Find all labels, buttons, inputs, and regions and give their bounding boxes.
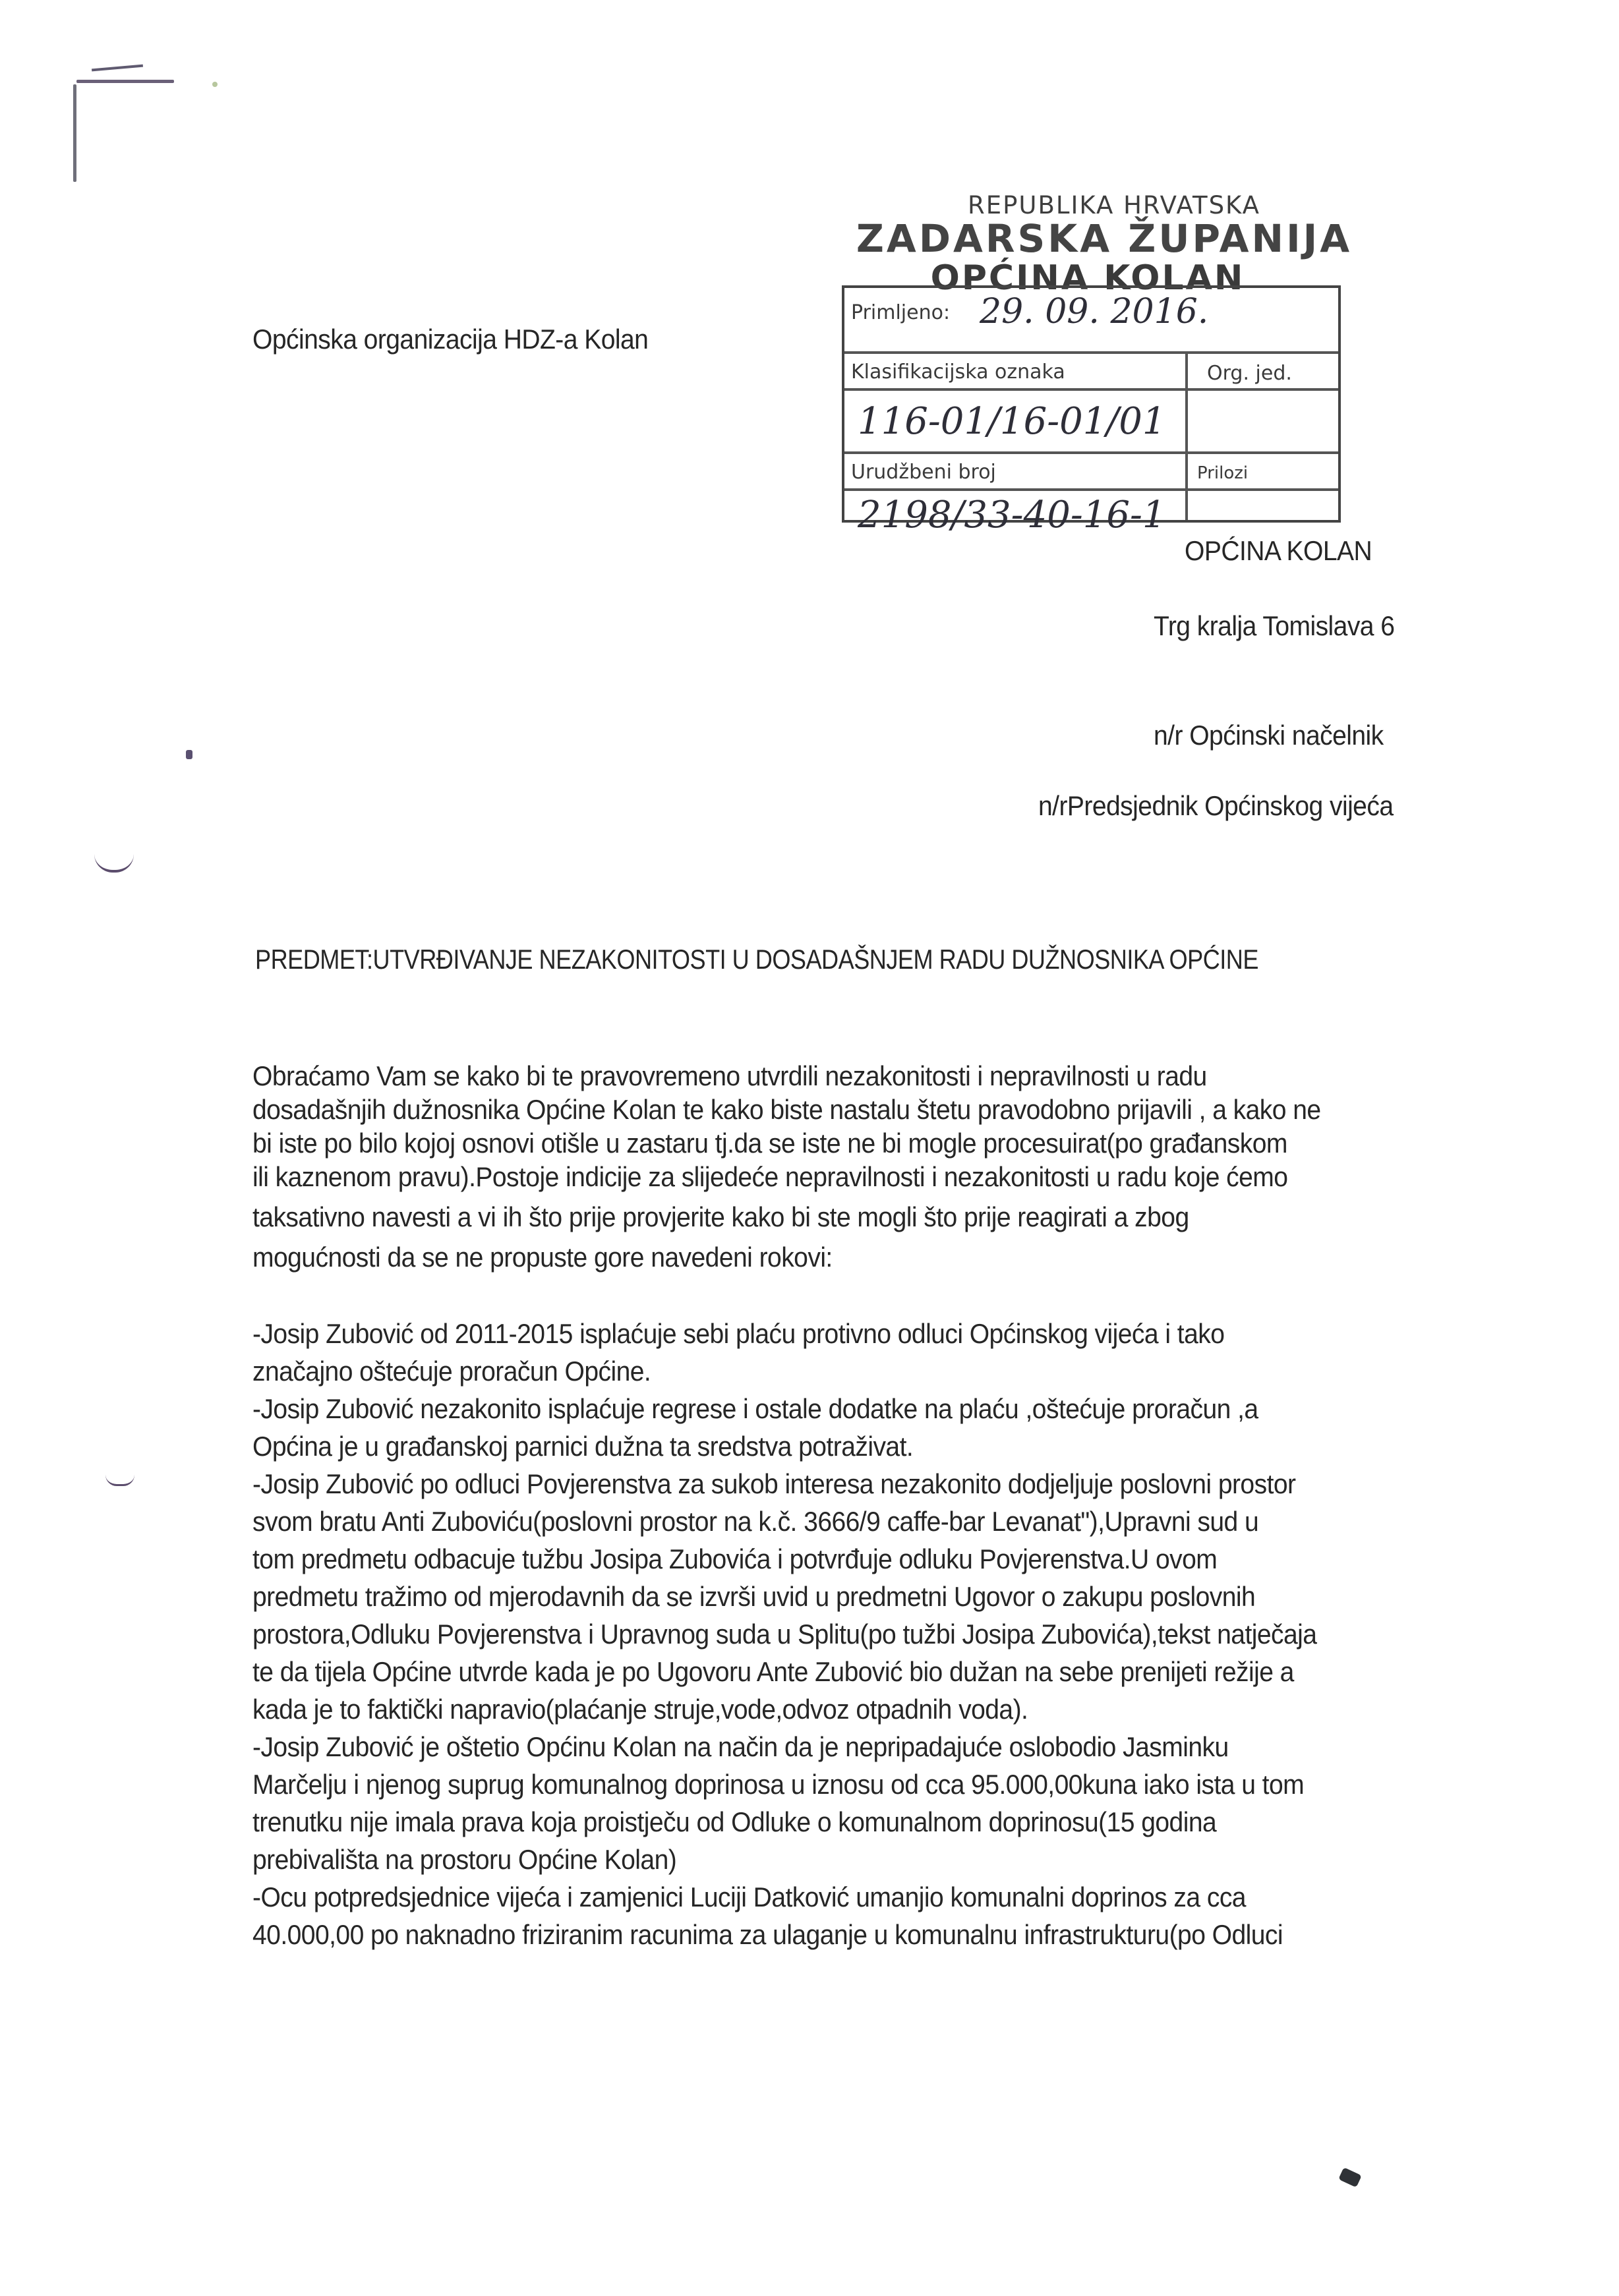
list-item-line: 40.000,00 po naknadno friziranim racunim…: [252, 1919, 1283, 1951]
intro-line: ili kaznenom pravu).Postoje indicije za …: [252, 1161, 1287, 1193]
list-item-line: značajno oštećuje proračun Općine.: [252, 1356, 651, 1387]
recipient-address: Trg kralja Tomislava 6: [1154, 610, 1394, 642]
intro-line: mogućnosti da se ne propuste gore navede…: [252, 1242, 833, 1273]
list-item-line: trenutku nije imala prava koja proistječ…: [252, 1806, 1216, 1838]
list-item-line: prostora,Odluku Povjerenstva i Upravnog …: [252, 1619, 1316, 1650]
scan-mark: [105, 1475, 134, 1486]
list-item-line: -Ocu potpredsjednice vijeća i zamjenici …: [252, 1881, 1246, 1913]
list-item-line: prebivališta na prostoru Općine Kolan): [252, 1844, 676, 1876]
list-item-line: Marčelju i njenog suprug komunalnog dopr…: [252, 1769, 1304, 1800]
recipient-attention-mayor: n/r Općinski načelnik: [1154, 720, 1384, 751]
list-item-line: tom predmetu odbacuje tužbu Josipa Zubov…: [252, 1543, 1217, 1575]
stamp-class-label: Klasifikacijska oznaka: [851, 360, 1065, 384]
stamp-received-label: Primljeno:: [851, 301, 950, 324]
subject-line: PREDMET:UTVRĐIVANJE NEZAKONITOSTI U DOSA…: [255, 944, 1258, 975]
scan-mark: [94, 854, 134, 873]
stamp-class-value: 116-01/16-01/01: [858, 400, 1166, 443]
ink-dot: [1338, 2167, 1362, 2188]
list-item-line: -Josip Zubović po odluci Povjerenstva za…: [252, 1468, 1295, 1500]
sender-name: Općinska organizacija HDZ-a Kolan: [252, 324, 648, 355]
scan-speck: [212, 82, 218, 87]
intro-line: Obraćamo Vam se kako bi te pravovremeno …: [252, 1060, 1207, 1092]
stamp-reg-label-row: Urudžbeni broj Prilozi: [844, 454, 1338, 491]
scan-mark: [92, 65, 143, 72]
stamp-org-label: Org. jed.: [1207, 362, 1292, 385]
stamp-county: ZADARSKA ŽUPANIJA: [840, 216, 1368, 261]
stamp-received-row: Primljeno: 29. 09. 2016.: [844, 288, 1338, 354]
intro-line: bi iste po bilo kojoj osnovi otišle u za…: [252, 1128, 1287, 1159]
stamp-republic: REPUBLIKA HRVATSKA: [916, 191, 1312, 219]
intro-line: dosadašnjih dužnosnika Općine Kolan te k…: [252, 1094, 1321, 1126]
list-item-line: -Josip Zubović je oštetio Općinu Kolan n…: [252, 1731, 1229, 1763]
recipient-attention-council-president: n/rPredsjednik Općinskog vijeća: [1038, 790, 1393, 822]
scan-mark: [76, 80, 174, 83]
stamp-class-value-row: 116-01/16-01/01: [844, 391, 1338, 454]
stamp-attach-label: Prilozi: [1197, 463, 1248, 483]
stamp-column-divider: [1185, 354, 1188, 520]
list-item-line: kada je to faktički napravio(plaćanje st…: [252, 1694, 1028, 1725]
list-item-line: -Josip Zubović nezakonito isplaćuje regr…: [252, 1393, 1258, 1425]
stamp-reg-label: Urudžbeni broj: [851, 461, 996, 484]
stamp-reg-value: 2198/33-40-16-1: [858, 494, 1166, 536]
list-item-line: -Josip Zubović od 2011-2015 isplaćuje se…: [252, 1318, 1224, 1350]
intro-line: taksativno navesti a vi ih što prije pro…: [252, 1201, 1189, 1233]
list-item-line: Općina je u građanskoj parnici dužna ta …: [252, 1431, 913, 1462]
reception-stamp: Primljeno: 29. 09. 2016. Klasifikacijska…: [842, 285, 1341, 523]
list-item-line: te da tijela Općine utvrde kada je po Ug…: [252, 1656, 1294, 1688]
list-item-line: predmetu tražimo od mjerodavnih da se iz…: [252, 1581, 1255, 1613]
scan-mark: [73, 84, 76, 182]
recipient-name: OPĆINA KOLAN: [1185, 535, 1372, 567]
list-item-line: svom bratu Anti Zuboviću(poslovni prosto…: [252, 1506, 1258, 1537]
scan-speck: [186, 750, 192, 759]
stamp-class-label-row: Klasifikacijska oznaka Org. jed.: [844, 354, 1338, 391]
stamp-received-value: 29. 09. 2016.: [980, 292, 1208, 331]
